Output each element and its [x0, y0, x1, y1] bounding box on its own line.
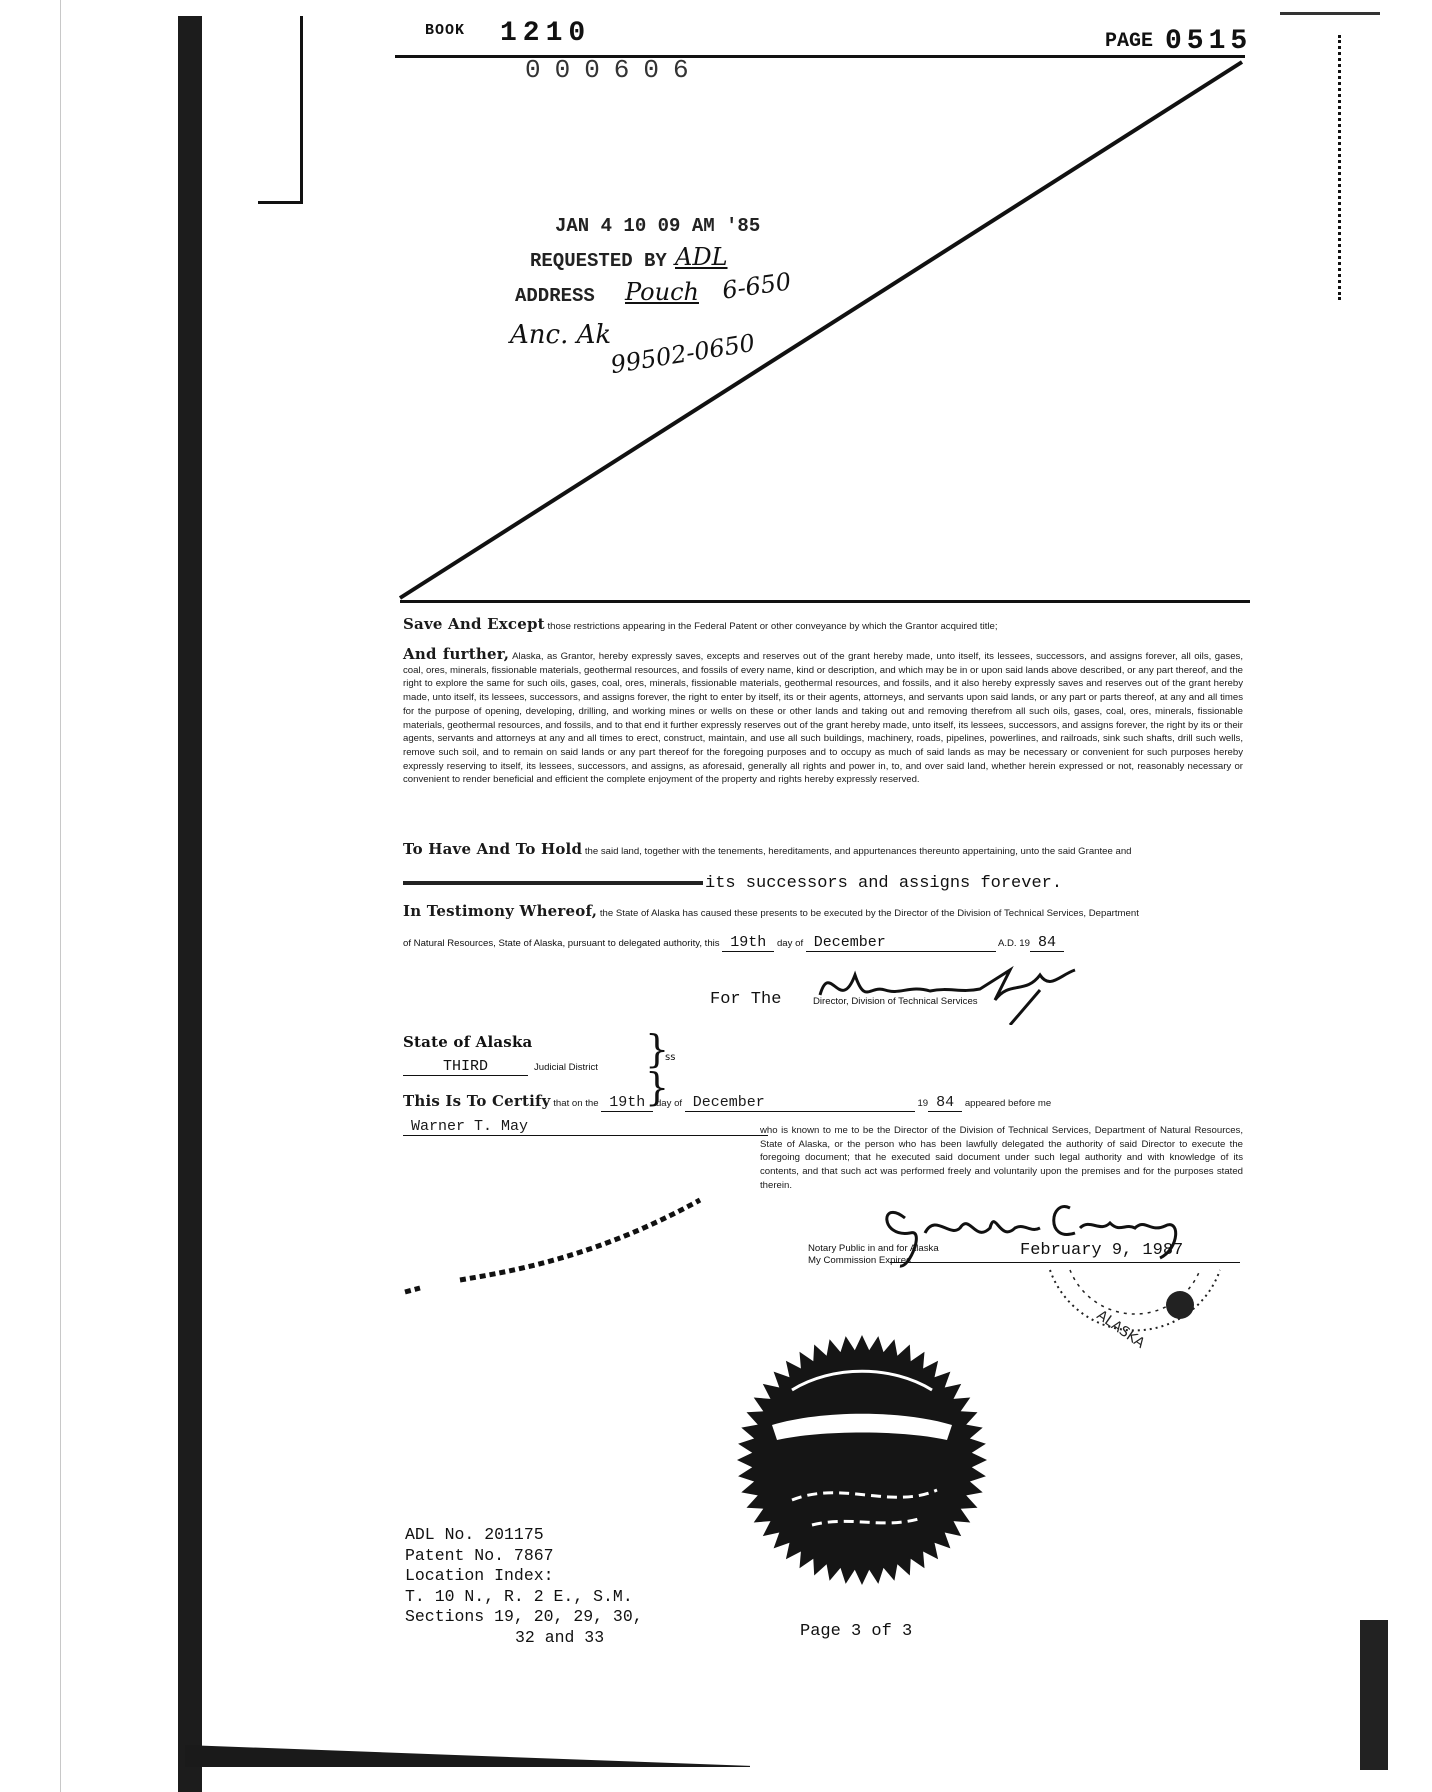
patent-number: Patent No. 7867 [405, 1546, 643, 1567]
township-range: T. 10 N., R. 2 E., S.M. [405, 1587, 643, 1608]
ad-label: A.D. 19 [998, 938, 1030, 949]
notary-public-label: Notary Public in and for Alaska [808, 1243, 939, 1255]
district-label: Judicial District [534, 1062, 598, 1073]
year-prefix: 19 [917, 1098, 928, 1109]
district-value: THIRD [403, 1058, 528, 1076]
state-seal-icon [732, 1330, 992, 1590]
clause-text: the State of Alaska has caused these pre… [600, 908, 1139, 919]
clause-heading: Save And Except [403, 615, 545, 633]
ack-person: Warner T. May [403, 1118, 768, 1136]
venue-district: THIRDJudicial District [403, 1058, 598, 1076]
habendum-clause: To Have And To Hold the said land, toget… [403, 843, 1243, 859]
clause-text: Alaska, as Grantor, hereby expressly sav… [403, 651, 1243, 785]
sections-line-2: 32 and 33 [405, 1628, 643, 1649]
address-label: ADDRESS [515, 285, 595, 307]
requested-by-value: ADL [675, 243, 728, 271]
ack-month: December [685, 1094, 915, 1112]
execution-day: 19th [722, 934, 774, 952]
successors-line: its successors and assigns forever. [403, 872, 1243, 893]
ss-label: ss [665, 1052, 675, 1063]
notary-seal: ALASKA [1040, 1250, 1230, 1390]
save-except-clause: Save And Except those restrictions appea… [403, 618, 1243, 634]
execution-date-line: of Natural Resources, State of Alaska, p… [403, 934, 1243, 951]
date-prefix: of Natural Resources, State of Alaska, p… [403, 938, 720, 949]
certify-line: This Is To Certify that on the 19th day … [403, 1095, 1243, 1111]
clause-heading: This Is To Certify [403, 1092, 551, 1110]
clause-text: those restrictions appearing in the Fede… [547, 621, 997, 632]
clause-heading: To Have And To Hold [403, 840, 582, 858]
certify-prefix: that on the [553, 1098, 598, 1109]
execution-month: December [806, 934, 996, 952]
city-value: Anc. Ak [510, 320, 611, 350]
ack-year: 84 [928, 1094, 962, 1112]
clause-text: the said land, together with the tenemen… [585, 846, 1132, 857]
day-of-label: day of [777, 938, 803, 949]
sections-line-1: Sections 19, 20, 29, 30, [405, 1607, 643, 1628]
certify-body: who is known to me to be the Director of… [760, 1124, 1243, 1193]
for-the-label: For The [710, 990, 781, 1009]
appeared-label: appeared before me [965, 1098, 1051, 1109]
scan-border-bottom [185, 1745, 750, 1767]
ink-smear [400, 1180, 800, 1310]
address-value: Pouch [625, 278, 699, 306]
testimony-clause: In Testimony Whereof, the State of Alask… [403, 905, 1243, 921]
director-title: Director, Division of Technical Services [813, 996, 978, 1007]
clause-heading: In Testimony Whereof, [403, 902, 597, 920]
and-further-clause: And further, Alaska, as Grantor, hereby … [403, 648, 1243, 787]
scan-border-right [1360, 1620, 1388, 1770]
director-signature [810, 955, 1090, 1029]
page-indicator: Page 3 of 3 [800, 1622, 912, 1641]
day-of-label: day of [656, 1098, 682, 1109]
typed-continuation: its successors and assigns forever. [705, 874, 1062, 893]
location-index-label: Location Index: [405, 1566, 643, 1587]
adl-number: ADL No. 201175 [405, 1525, 643, 1546]
venue-state: State of Alaska [403, 1033, 532, 1051]
execution-year: 84 [1030, 934, 1064, 952]
body-rule [400, 600, 1250, 603]
recording-time-stamp: JAN 4 10 09 AM '85 [555, 215, 760, 237]
legal-description: ADL No. 201175Patent No. 7867Location In… [405, 1525, 643, 1648]
requested-by-label: REQUESTED BY [530, 250, 667, 272]
commission-expires-label: My Commission Expires [808, 1255, 939, 1267]
notary-labels: Notary Public in and for Alaska My Commi… [808, 1243, 939, 1267]
struck-text [403, 881, 703, 885]
ack-day: 19th [601, 1094, 653, 1112]
clause-heading: And further, [403, 645, 509, 663]
